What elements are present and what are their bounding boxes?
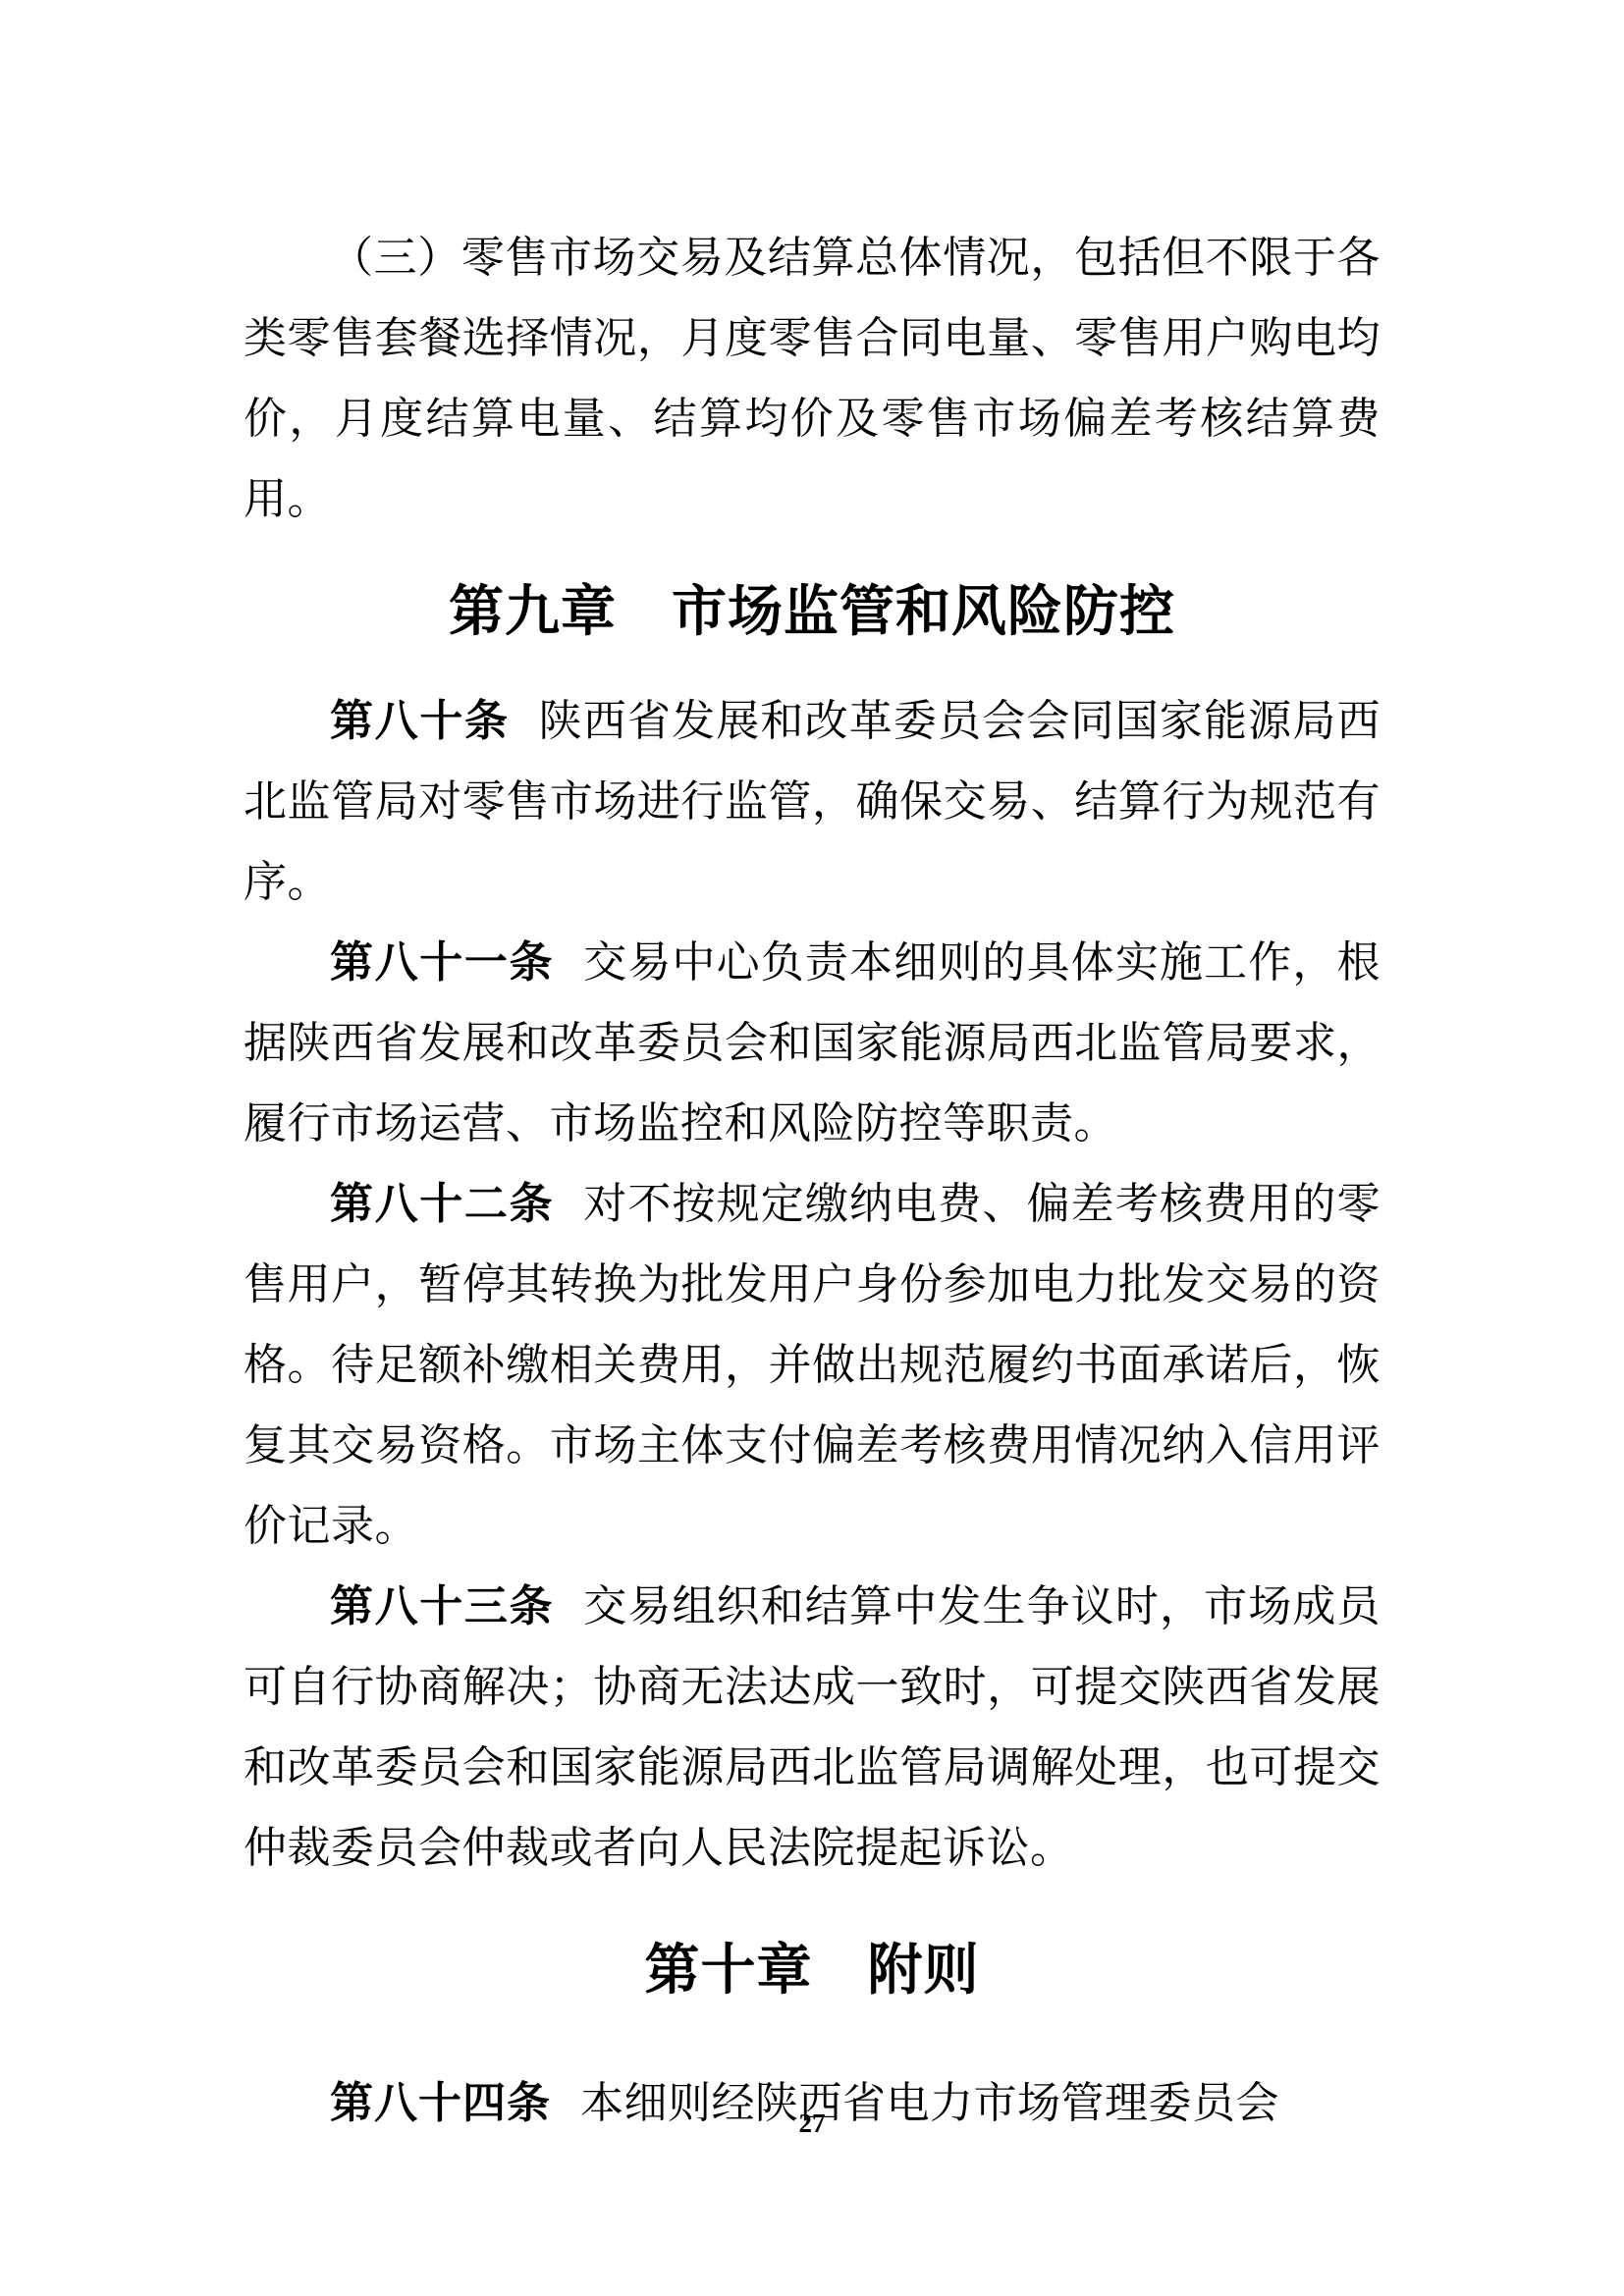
article-80-paragraph: 第八十条陕西省发展和改革委员会会同国家能源局西北监管局对零售市场进行监管，确保交… bbox=[244, 681, 1380, 923]
intro-paragraph-text: （三）零售市场交易及结算总体情况，包括但不限于各类零售套餐选择情况，月度零售合同… bbox=[244, 234, 1380, 523]
article-82-number: 第八十二条 bbox=[330, 1180, 554, 1228]
article-83-number: 第八十三条 bbox=[330, 1582, 554, 1630]
chapter-9-title: 市场监管和风险防控 bbox=[672, 582, 1175, 643]
page-content: （三）零售市场交易及结算总体情况，包括但不限于各类零售套餐选择情况，月度零售合同… bbox=[244, 218, 1380, 2144]
article-80-number: 第八十条 bbox=[330, 697, 510, 745]
chapter-10-heading: 第十章附则 bbox=[244, 1928, 1380, 2014]
intro-paragraph: （三）零售市场交易及结算总体情况，包括但不限于各类零售套餐选择情况，月度零售合同… bbox=[244, 218, 1380, 540]
page-number: 27 bbox=[0, 2109, 1624, 2139]
article-83-paragraph: 第八十三条交易组织和结算中发生争议时，市场成员可自行协商解决；协商无法达成一致时… bbox=[244, 1567, 1380, 1889]
article-82-text: 对不按规定缴纳电费、偏差考核费用的零售用户，暂停其转换为批发用户身份参加电力批发… bbox=[244, 1180, 1380, 1550]
chapter-9-number: 第九章 bbox=[449, 582, 617, 643]
document-page: （三）零售市场交易及结算总体情况，包括但不限于各类零售套餐选择情况，月度零售合同… bbox=[0, 0, 1624, 2296]
chapter-10-title: 附则 bbox=[868, 1941, 980, 2002]
chapter-9-heading: 第九章市场监管和风险防控 bbox=[244, 569, 1380, 656]
article-81-paragraph: 第八十一条交易中心负责本细则的具体实施工作，根据陕西省发展和改革委员会和国家能源… bbox=[244, 923, 1380, 1164]
chapter-10-number: 第十章 bbox=[645, 1941, 813, 2002]
article-82-paragraph: 第八十二条对不按规定缴纳电费、偏差考核费用的零售用户，暂停其转换为批发用户身份参… bbox=[244, 1164, 1380, 1567]
article-81-number: 第八十一条 bbox=[330, 938, 554, 987]
